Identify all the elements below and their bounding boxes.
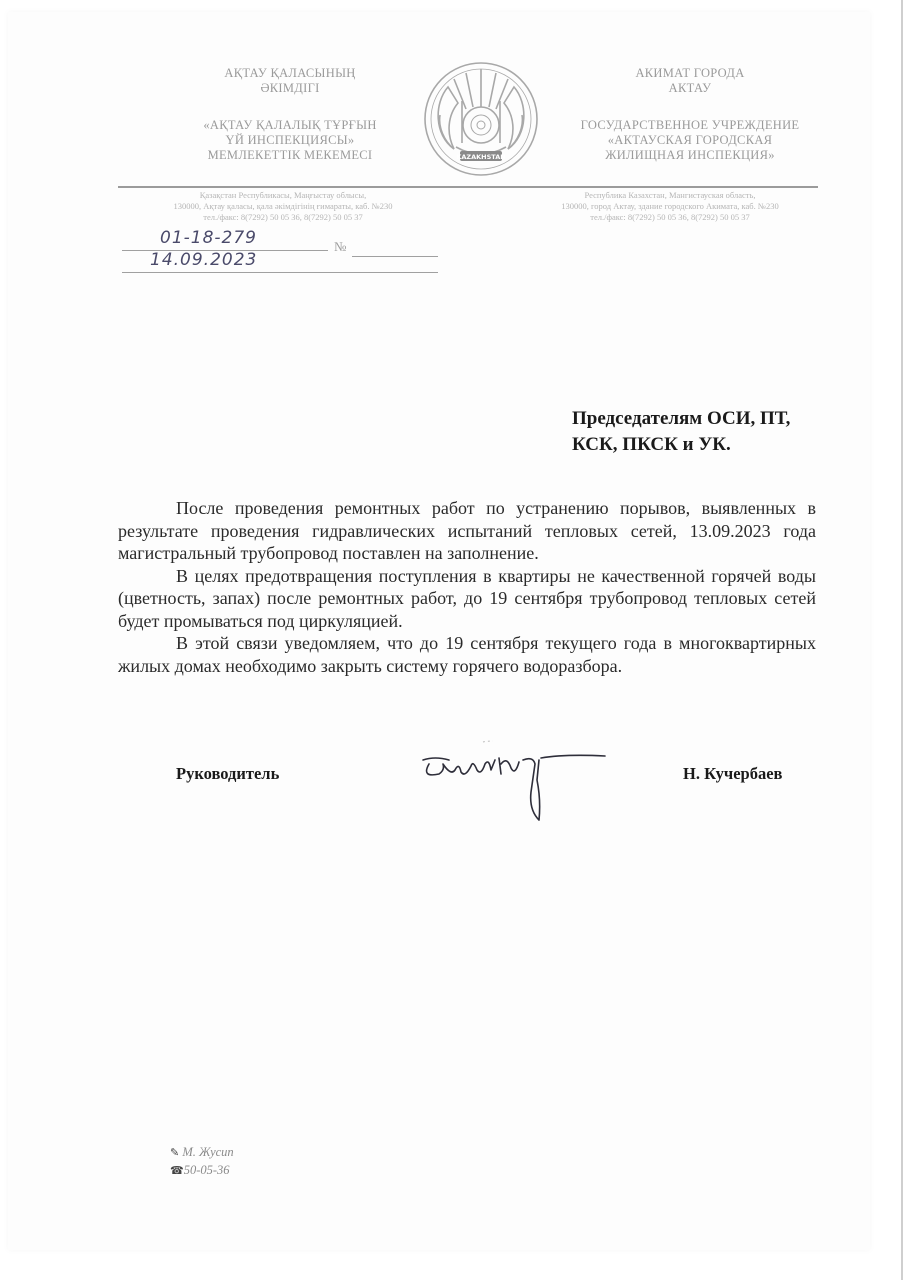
registration-block: 01-18-279 № 14.09.2023	[122, 228, 442, 278]
state-emblem-icon: KAZAKHSTAN	[418, 57, 544, 177]
address-ru-line3: тел./факс: 8(7292) 50 05 36, 8(7292) 50 …	[520, 212, 820, 223]
executor-name: М. Жусип	[182, 1145, 233, 1159]
letterhead-kz-line4: ҮЙ ИНСПЕКЦИЯСЫ»	[160, 133, 420, 148]
letterhead-ru-line5: ЖИЛИЩНАЯ ИНСПЕКЦИЯ»	[550, 148, 830, 163]
letterhead-kz-line5: МЕМЛЕКЕТТІК МЕКЕМЕСІ	[160, 148, 420, 163]
executor-name-row: ✎ М. Жусип	[170, 1144, 234, 1162]
letterhead-ru-line1: АКИМАТ ГОРОДА	[550, 66, 830, 81]
addressee: Председателям ОСИ, ПТ, КСК, ПКСК и УК.	[572, 406, 832, 458]
letterhead-divider	[118, 186, 818, 188]
registration-date: 14.09.2023	[150, 250, 257, 270]
addressee-line2: КСК, ПКСК и УК.	[572, 432, 832, 458]
address-kazakh: Қазақстан Республикасы, Маңғыстау облысы…	[118, 190, 448, 223]
letterhead-ru-line3: ГОСУДАРСТВЕННОЕ УЧРЕЖДЕНИЕ	[550, 118, 830, 133]
addressee-line1: Председателям ОСИ, ПТ,	[572, 406, 832, 432]
executor-phone-row: ☎50-05-36	[170, 1162, 234, 1180]
letterhead-ru-line2: АКТАУ	[550, 81, 830, 96]
signatory-role: Руководитель	[176, 764, 279, 784]
body-paragraph: В целях предотвращения поступления в ква…	[118, 565, 816, 633]
address-russian: Республика Казахстан, Мангистауская обла…	[520, 190, 820, 223]
letterhead-russian: АКИМАТ ГОРОДА АКТАУ ГОСУДАРСТВЕННОЕ УЧРЕ…	[550, 66, 830, 163]
executor-phone: 50-05-36	[184, 1163, 230, 1177]
page-edge	[901, 0, 903, 1280]
body-paragraph: После проведения ремонтных работ по устр…	[118, 497, 816, 565]
letterhead-kz-line1: АҚТАУ ҚАЛАСЫНЫҢ	[160, 66, 420, 81]
letterhead-kz-line2: ӘКІМДІГІ	[160, 81, 420, 96]
handwritten-signature-icon	[415, 730, 615, 830]
number-label: №	[334, 239, 346, 255]
registration-date-line	[122, 272, 438, 273]
signatory-name: Н. Кучербаев	[683, 764, 782, 784]
body-paragraph: В этой связи уведомляем, что до 19 сентя…	[118, 632, 816, 677]
letter-body: После проведения ремонтных работ по устр…	[118, 497, 816, 677]
executor-info: ✎ М. Жусип ☎50-05-36	[170, 1144, 234, 1180]
address-kz-line2: 130000, Ақтау қаласы, қала әкімдігінің ғ…	[118, 201, 448, 212]
letterhead-kazakh: АҚТАУ ҚАЛАСЫНЫҢ ӘКІМДІГІ «АҚТАУ ҚАЛАЛЫҚ …	[160, 66, 420, 163]
pen-icon: ✎	[170, 1147, 179, 1159]
number-line	[352, 256, 438, 257]
registration-number: 01-18-279	[160, 228, 257, 248]
letterhead-kz-line3: «АҚТАУ ҚАЛАЛЫҚ ТҰРҒЫН	[160, 118, 420, 133]
letterhead-ru-line4: «АКТАУСКАЯ ГОРОДСКАЯ	[550, 133, 830, 148]
svg-text:KAZAKHSTAN: KAZAKHSTAN	[456, 153, 505, 161]
address-kz-line3: тел./факс: 8(7292) 50 05 36, 8(7292) 50 …	[118, 212, 448, 223]
address-ru-line2: 130000, город Актау, здание городского А…	[520, 201, 820, 212]
phone-icon: ☎	[170, 1165, 184, 1177]
address-ru-line1: Республика Казахстан, Мангистауская обла…	[520, 190, 820, 201]
address-kz-line1: Қазақстан Республикасы, Маңғыстау облысы…	[118, 190, 448, 201]
